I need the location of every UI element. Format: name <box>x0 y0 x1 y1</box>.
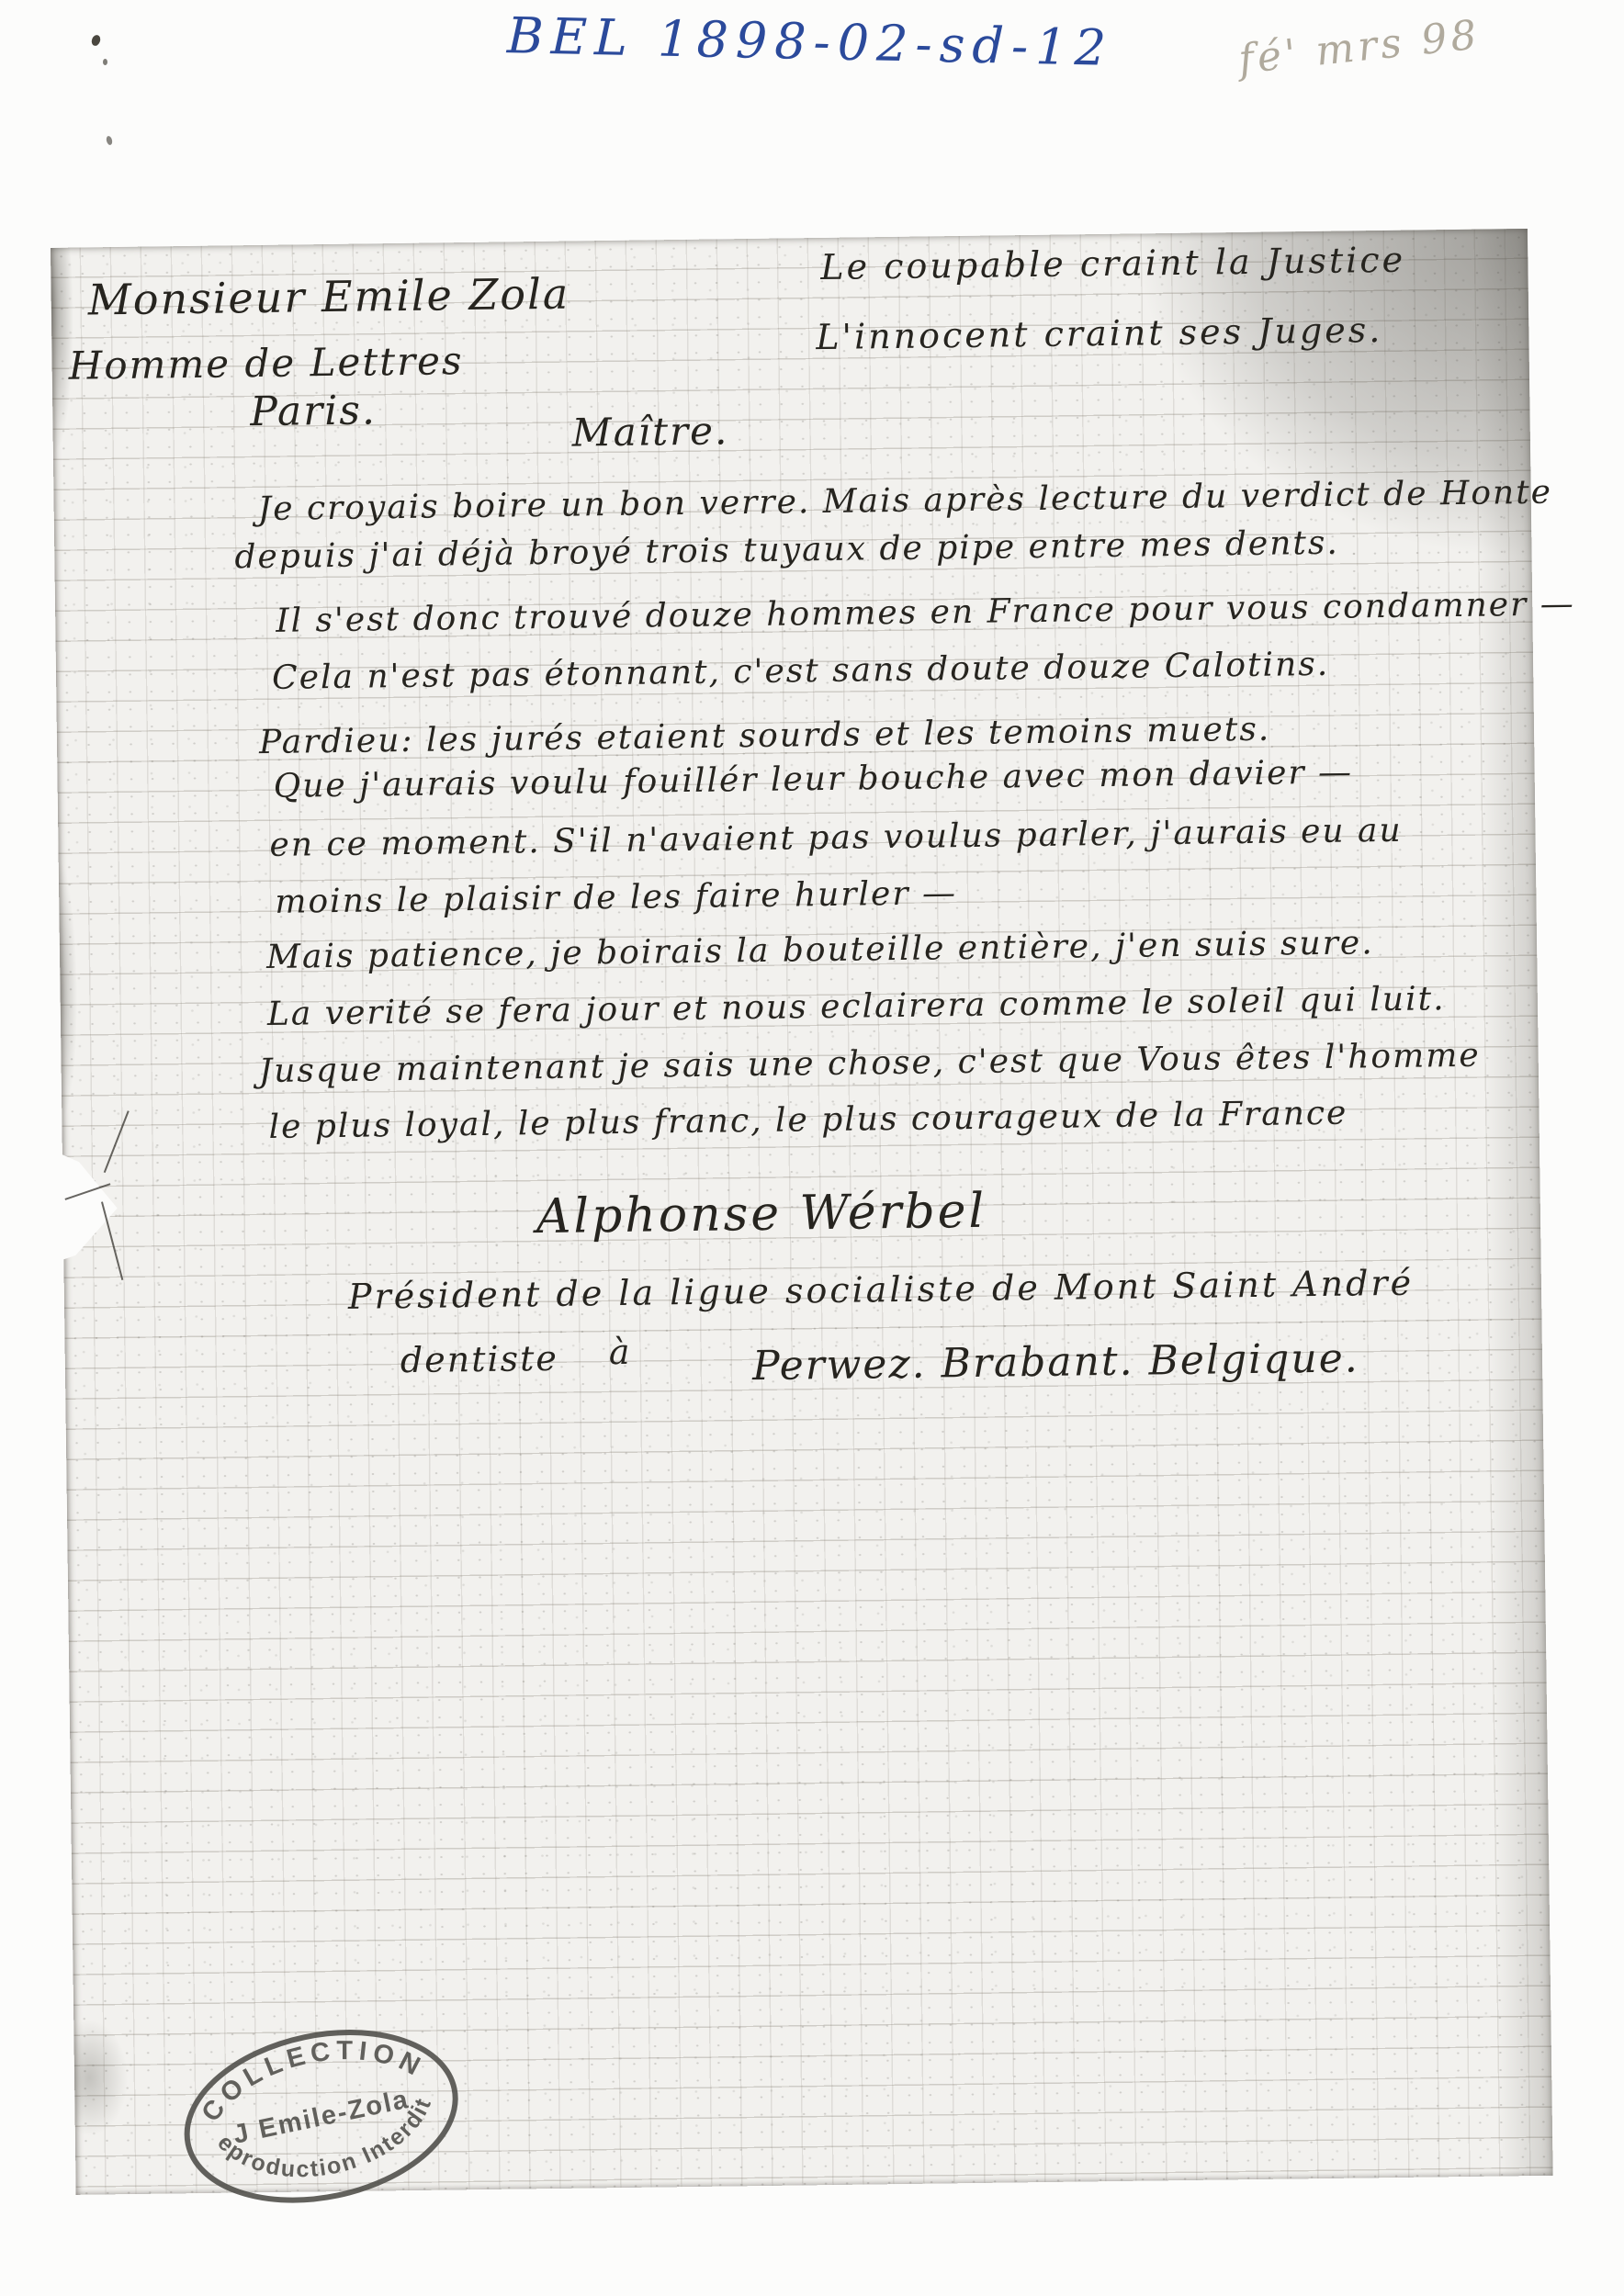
recipient-city: Paris. <box>250 388 377 434</box>
ink-speck <box>90 34 102 47</box>
ink-speck <box>106 135 113 145</box>
paper-tear <box>58 1152 118 1261</box>
body-line: Il s'est donc trouvé douze hommes en Fra… <box>276 586 1575 639</box>
body-line: le plus loyal, le plus franc, le plus co… <box>268 1096 1348 1146</box>
epigraph-line-2: L'innocent craint ses Juges. <box>816 311 1383 357</box>
epigraph-line-1: Le coupable craint la Justice <box>820 242 1405 287</box>
scanned-letter-page: BEL 1898-02-sd-12 fé' mrs 98 Monsieur Em… <box>0 0 1624 2296</box>
body-line: Cela n'est pas étonnant, c'est sans dout… <box>272 647 1330 697</box>
signer-profession: dentiste <box>400 1340 559 1380</box>
body-line: Jusque maintenant je sais une chose, c'e… <box>259 1038 1481 1090</box>
salutation: Maître. <box>571 410 728 454</box>
body-line: Que j'aurais voulu fouillér leur bouche … <box>273 754 1353 805</box>
body-line: Mais patience, je boirais la bouteille e… <box>266 925 1374 975</box>
recipient-name: Monsieur Emile Zola <box>87 271 570 323</box>
body-line: Je croyais boire un bon verre. Mais aprè… <box>257 475 1552 528</box>
pencil-date-note: fé' mrs 98 <box>1236 11 1483 83</box>
body-line: moins le plaisir de les faire hurler — <box>275 875 957 920</box>
letter-sheet: Monsieur Emile Zola Homme de Lettres Par… <box>51 229 1553 2195</box>
body-line: depuis j'ai déjà broyé trois tuyaux de p… <box>234 525 1339 576</box>
signer-at: à <box>609 1334 632 1372</box>
recipient-title: Homme de Lettres <box>68 340 463 388</box>
ink-speck <box>103 59 107 65</box>
body-line: Pardieu: les jurés etaient sourds et les… <box>259 712 1271 761</box>
collection-stamp: COLLECTION J Emile-Zola Reproduction Int… <box>163 2001 479 2233</box>
body-line: La verité se fera jour et nous eclairera… <box>267 981 1446 1032</box>
signer-role: Président de la ligue socialiste de Mont… <box>348 1265 1415 1317</box>
signer-place: Perwez. Brabant. Belgique. <box>752 1336 1359 1389</box>
body-line: en ce moment. S'il n'avaient pas voulus … <box>269 813 1403 864</box>
paper-crack <box>104 1110 130 1173</box>
signature: Alphonse Wérbel <box>536 1186 987 1244</box>
catalog-number-annotation: BEL 1898-02-sd-12 <box>506 6 1113 77</box>
